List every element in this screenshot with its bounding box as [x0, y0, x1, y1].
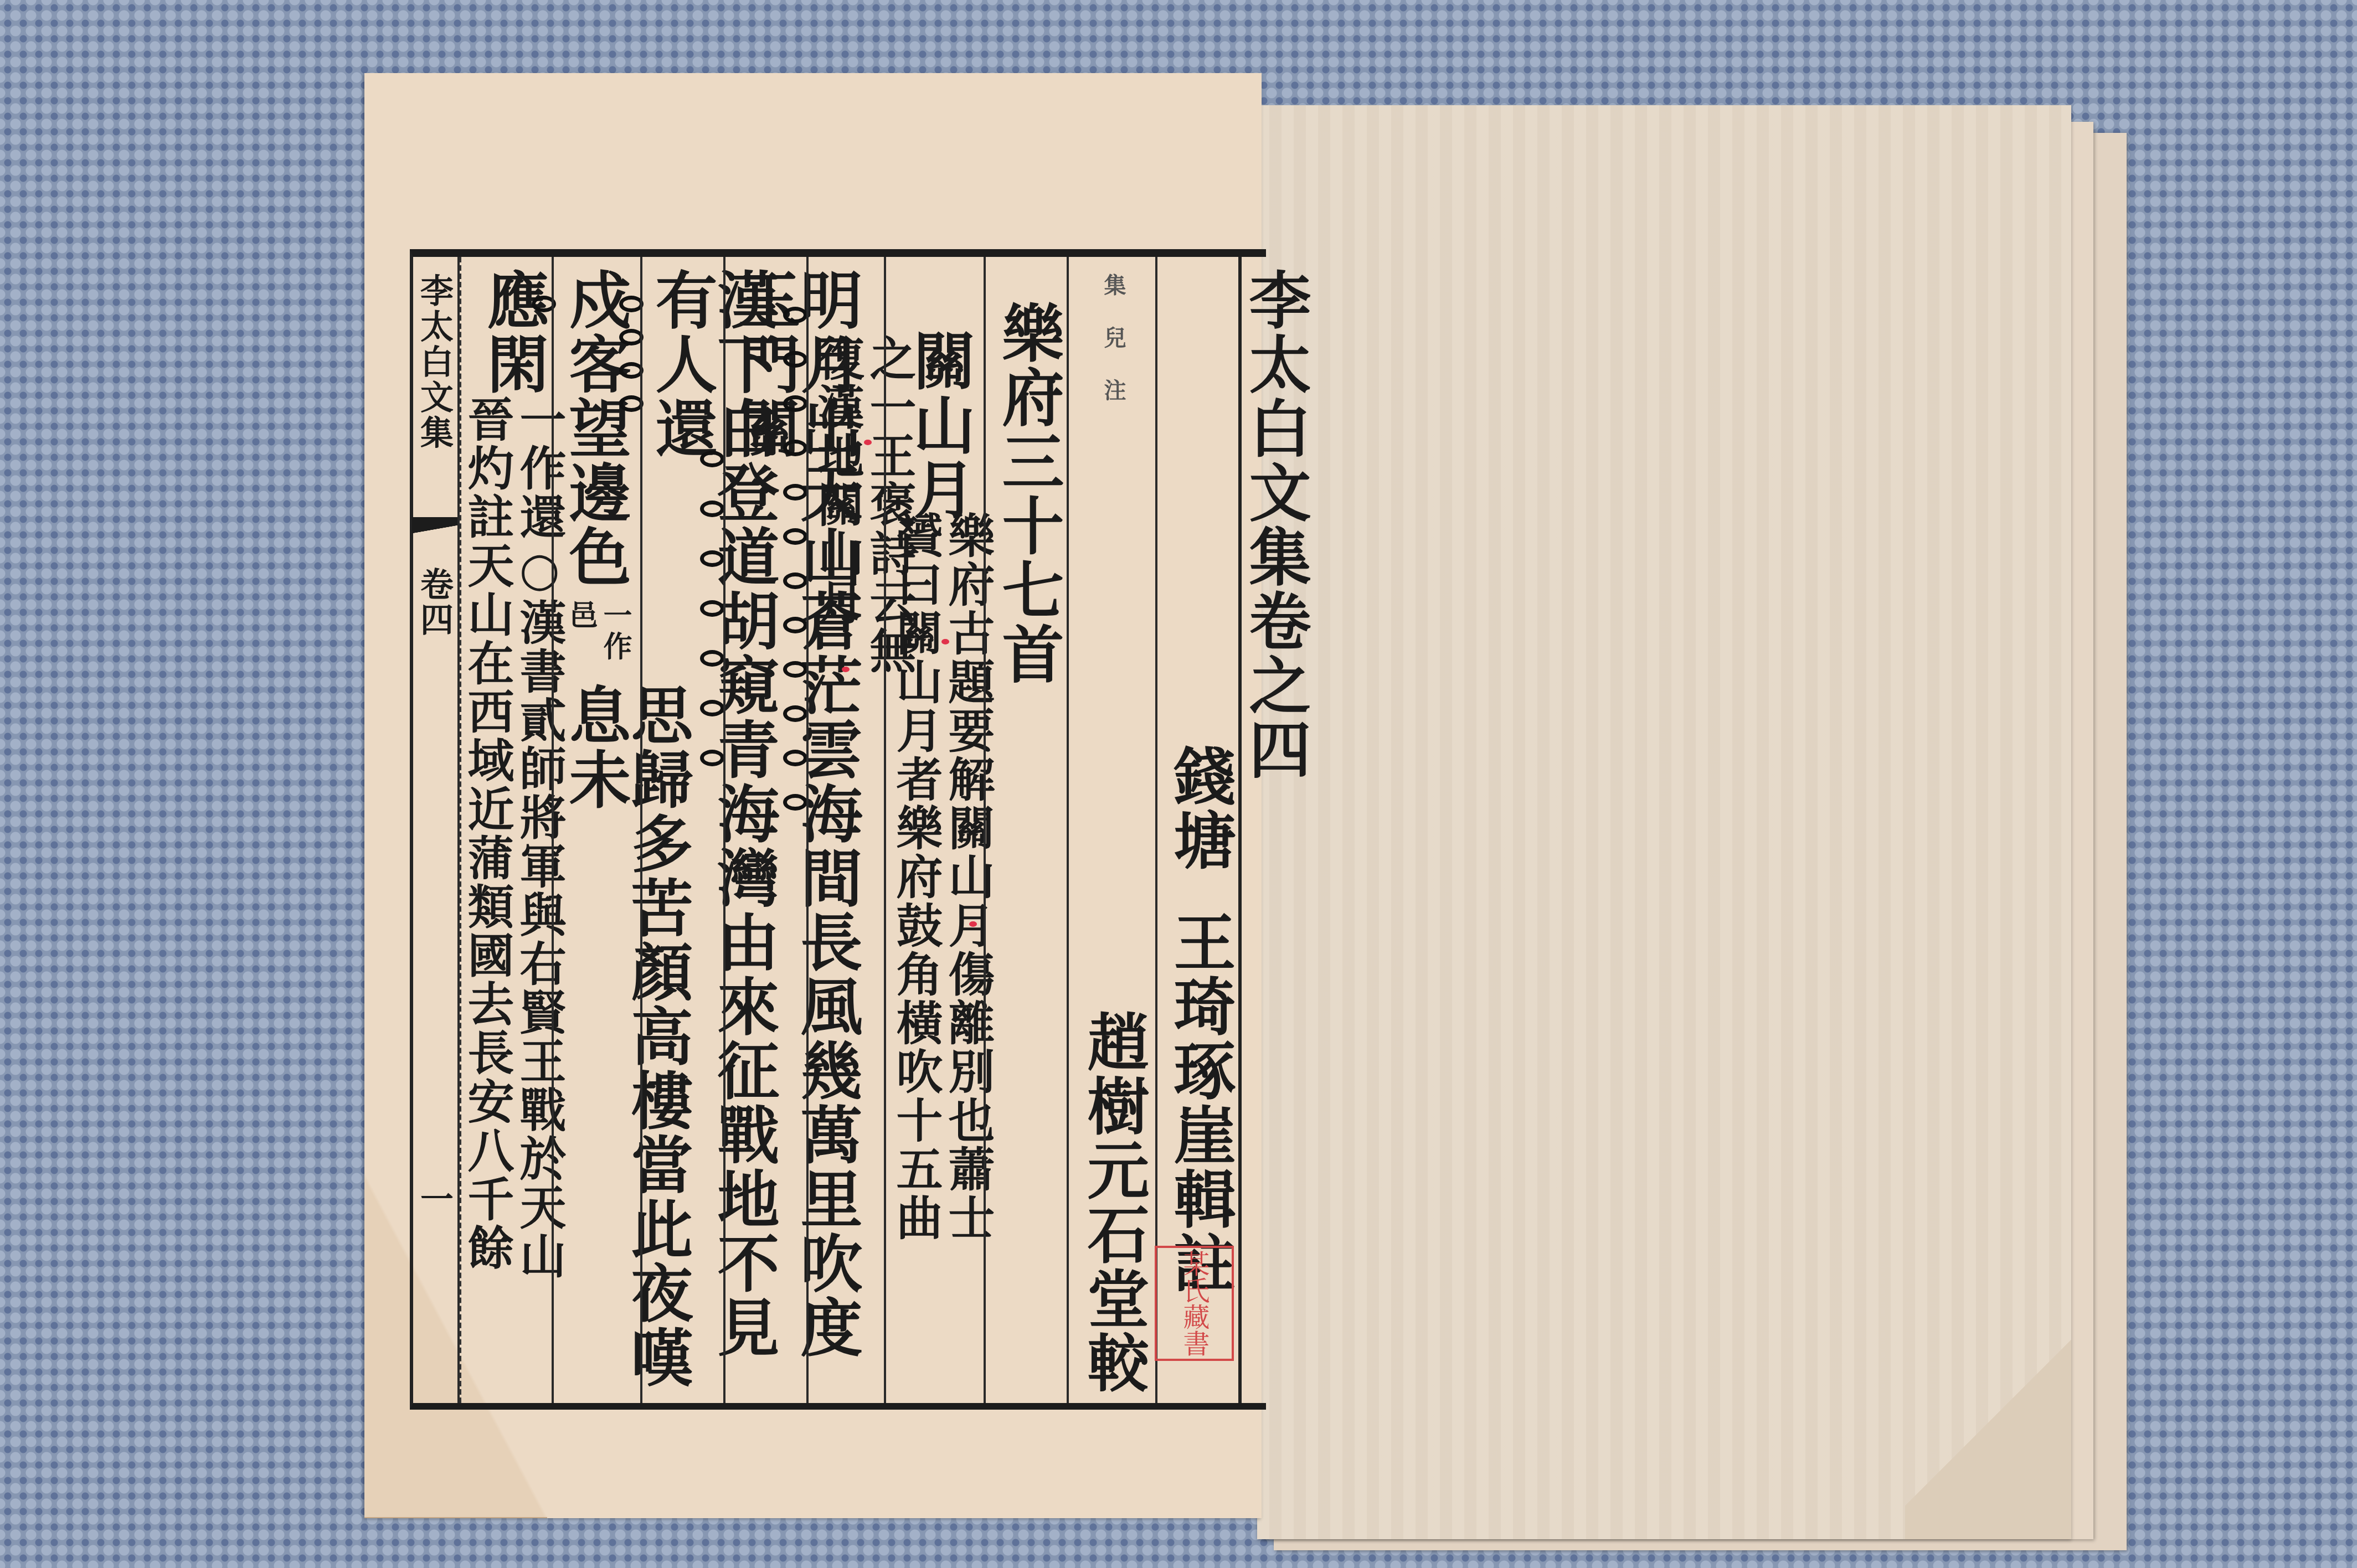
column-poem-title: 關山月 樂府古題要解關山月傷離別也蕭士 贇曰關山月者樂府鼓角橫吹十五曲 — [884, 257, 986, 1403]
red-punctuation-dot-icon — [941, 639, 949, 644]
poem-title: 關山月 — [908, 329, 970, 522]
red-punctuation-dot-icon — [864, 440, 872, 445]
column-poem-line-3: 戍客望邊色 一作 邑 思歸多苦顏高樓當此夜嘆息未 — [552, 257, 642, 1403]
left-printed-page: 李太白文集 卷四 一 應閑 一作還○漢書貳師將軍與右賢王戰於天山 晉灼註天山在西… — [364, 73, 1262, 1518]
title-annotation: 樂府古題要解關山月傷離別也蕭士 贇曰關山月者樂府鼓角橫吹十五曲 — [893, 512, 991, 1242]
variant-note-right: 一作 — [600, 600, 629, 662]
continuation-annotation-left: 復漢地關山月 — [814, 334, 861, 675]
compiler-place: 錢塘 — [1169, 744, 1231, 873]
volume-title: 李太白文集卷之四 — [1244, 268, 1306, 782]
variant-note: 一作 邑 — [566, 600, 629, 662]
red-punctuation-dot-icon — [969, 921, 977, 927]
poem-line-end: 應閑 — [482, 268, 544, 396]
column-poem-end: 應閑 一作還○漢書貳師將軍與右賢王戰於天山 晉灼註天山在西域近蒲類國去長安八千餘 — [457, 257, 554, 1403]
circle-icon — [783, 617, 807, 633]
seal-text: 某氏藏書 — [1175, 1250, 1213, 1356]
circle-icon — [783, 528, 807, 545]
circle-icon — [700, 750, 724, 766]
column-poem-line-2: 漢下白登道胡窺青海灣由來征戰地不見有人還 — [640, 257, 725, 1403]
circle-icon — [783, 750, 807, 766]
circle-icon — [700, 501, 724, 517]
variant-note-left: 邑 — [566, 600, 595, 662]
editor-credit: 趙樹元石堂較 — [1082, 1010, 1144, 1395]
open-book: 李太白文集 卷四 一 應閑 一作還○漢書貳師將軍與右賢王戰於天山 晉灼註天山在西… — [0, 0, 2357, 1568]
column-continuation-annotation: 之一王褒詩云無 復漢地關山月 — [806, 257, 886, 1403]
circle-icon — [783, 661, 807, 678]
faint-header-marks: 集 兒 注 — [1102, 274, 1124, 403]
fold-column: 李太白文集 卷四 一 — [413, 257, 461, 1403]
circle-icon — [700, 451, 724, 467]
circle-icon — [700, 600, 724, 617]
poem-line-3a: 戍客望邊色 — [564, 268, 626, 589]
circle-icon — [783, 307, 807, 323]
red-punctuation-dot-icon — [842, 667, 850, 672]
column-title: 李太白文集卷之四 — [1238, 257, 1308, 1403]
punctuation-circles — [700, 451, 724, 766]
compiler-credit: 王琦琢崖輯註 — [1169, 910, 1231, 1296]
circle-icon — [783, 484, 807, 501]
section-heading: 樂府三十七首 — [997, 301, 1059, 687]
circle-icon — [783, 705, 807, 722]
column-compiler: 錢塘 王琦琢崖輯註 — [1155, 257, 1241, 1403]
punctuation-circles — [783, 307, 807, 811]
circle-icon — [783, 572, 807, 589]
fish-tail-mark-icon — [412, 517, 459, 538]
title-annotation-left: 贇曰關山月者樂府鼓角橫吹十五曲 — [893, 512, 939, 1242]
printed-frame: 李太白文集 卷四 一 應閑 一作還○漢書貳師將軍與右賢王戰於天山 晉灼註天山在西… — [410, 249, 1266, 1410]
circle-icon — [700, 550, 724, 567]
circle-icon — [783, 440, 807, 456]
fold-book-title: 李太白文集 — [418, 274, 451, 451]
column-section-heading: 樂府三十七首 — [984, 257, 1069, 1403]
page-corner-fold — [1905, 1307, 2071, 1539]
end-annotation-left: 晉灼註天山在西域近蒲類國去長安八千餘 — [464, 395, 511, 1281]
end-annotation: 一作還○漢書貳師將軍與右賢王戰於天山 晉灼註天山在西域近蒲類國去長安八千餘 — [464, 395, 563, 1281]
circle-icon — [783, 351, 807, 368]
right-blank-page — [1257, 105, 2071, 1539]
circle-icon — [783, 395, 807, 412]
circle-icon — [700, 650, 724, 667]
circle-icon — [700, 700, 724, 716]
fold-volume: 卷四 — [418, 567, 451, 638]
circle-icon — [783, 794, 807, 811]
fold-page-number: 一 — [418, 1182, 451, 1217]
column-poem-line-1: 明月出天山蒼茫雲海間長風幾萬里吹度玉門關 — [723, 257, 809, 1403]
column-editor: 集 兒 注 趙樹元石堂較 — [1067, 257, 1157, 1403]
collector-seal: 某氏藏書 — [1155, 1246, 1234, 1361]
